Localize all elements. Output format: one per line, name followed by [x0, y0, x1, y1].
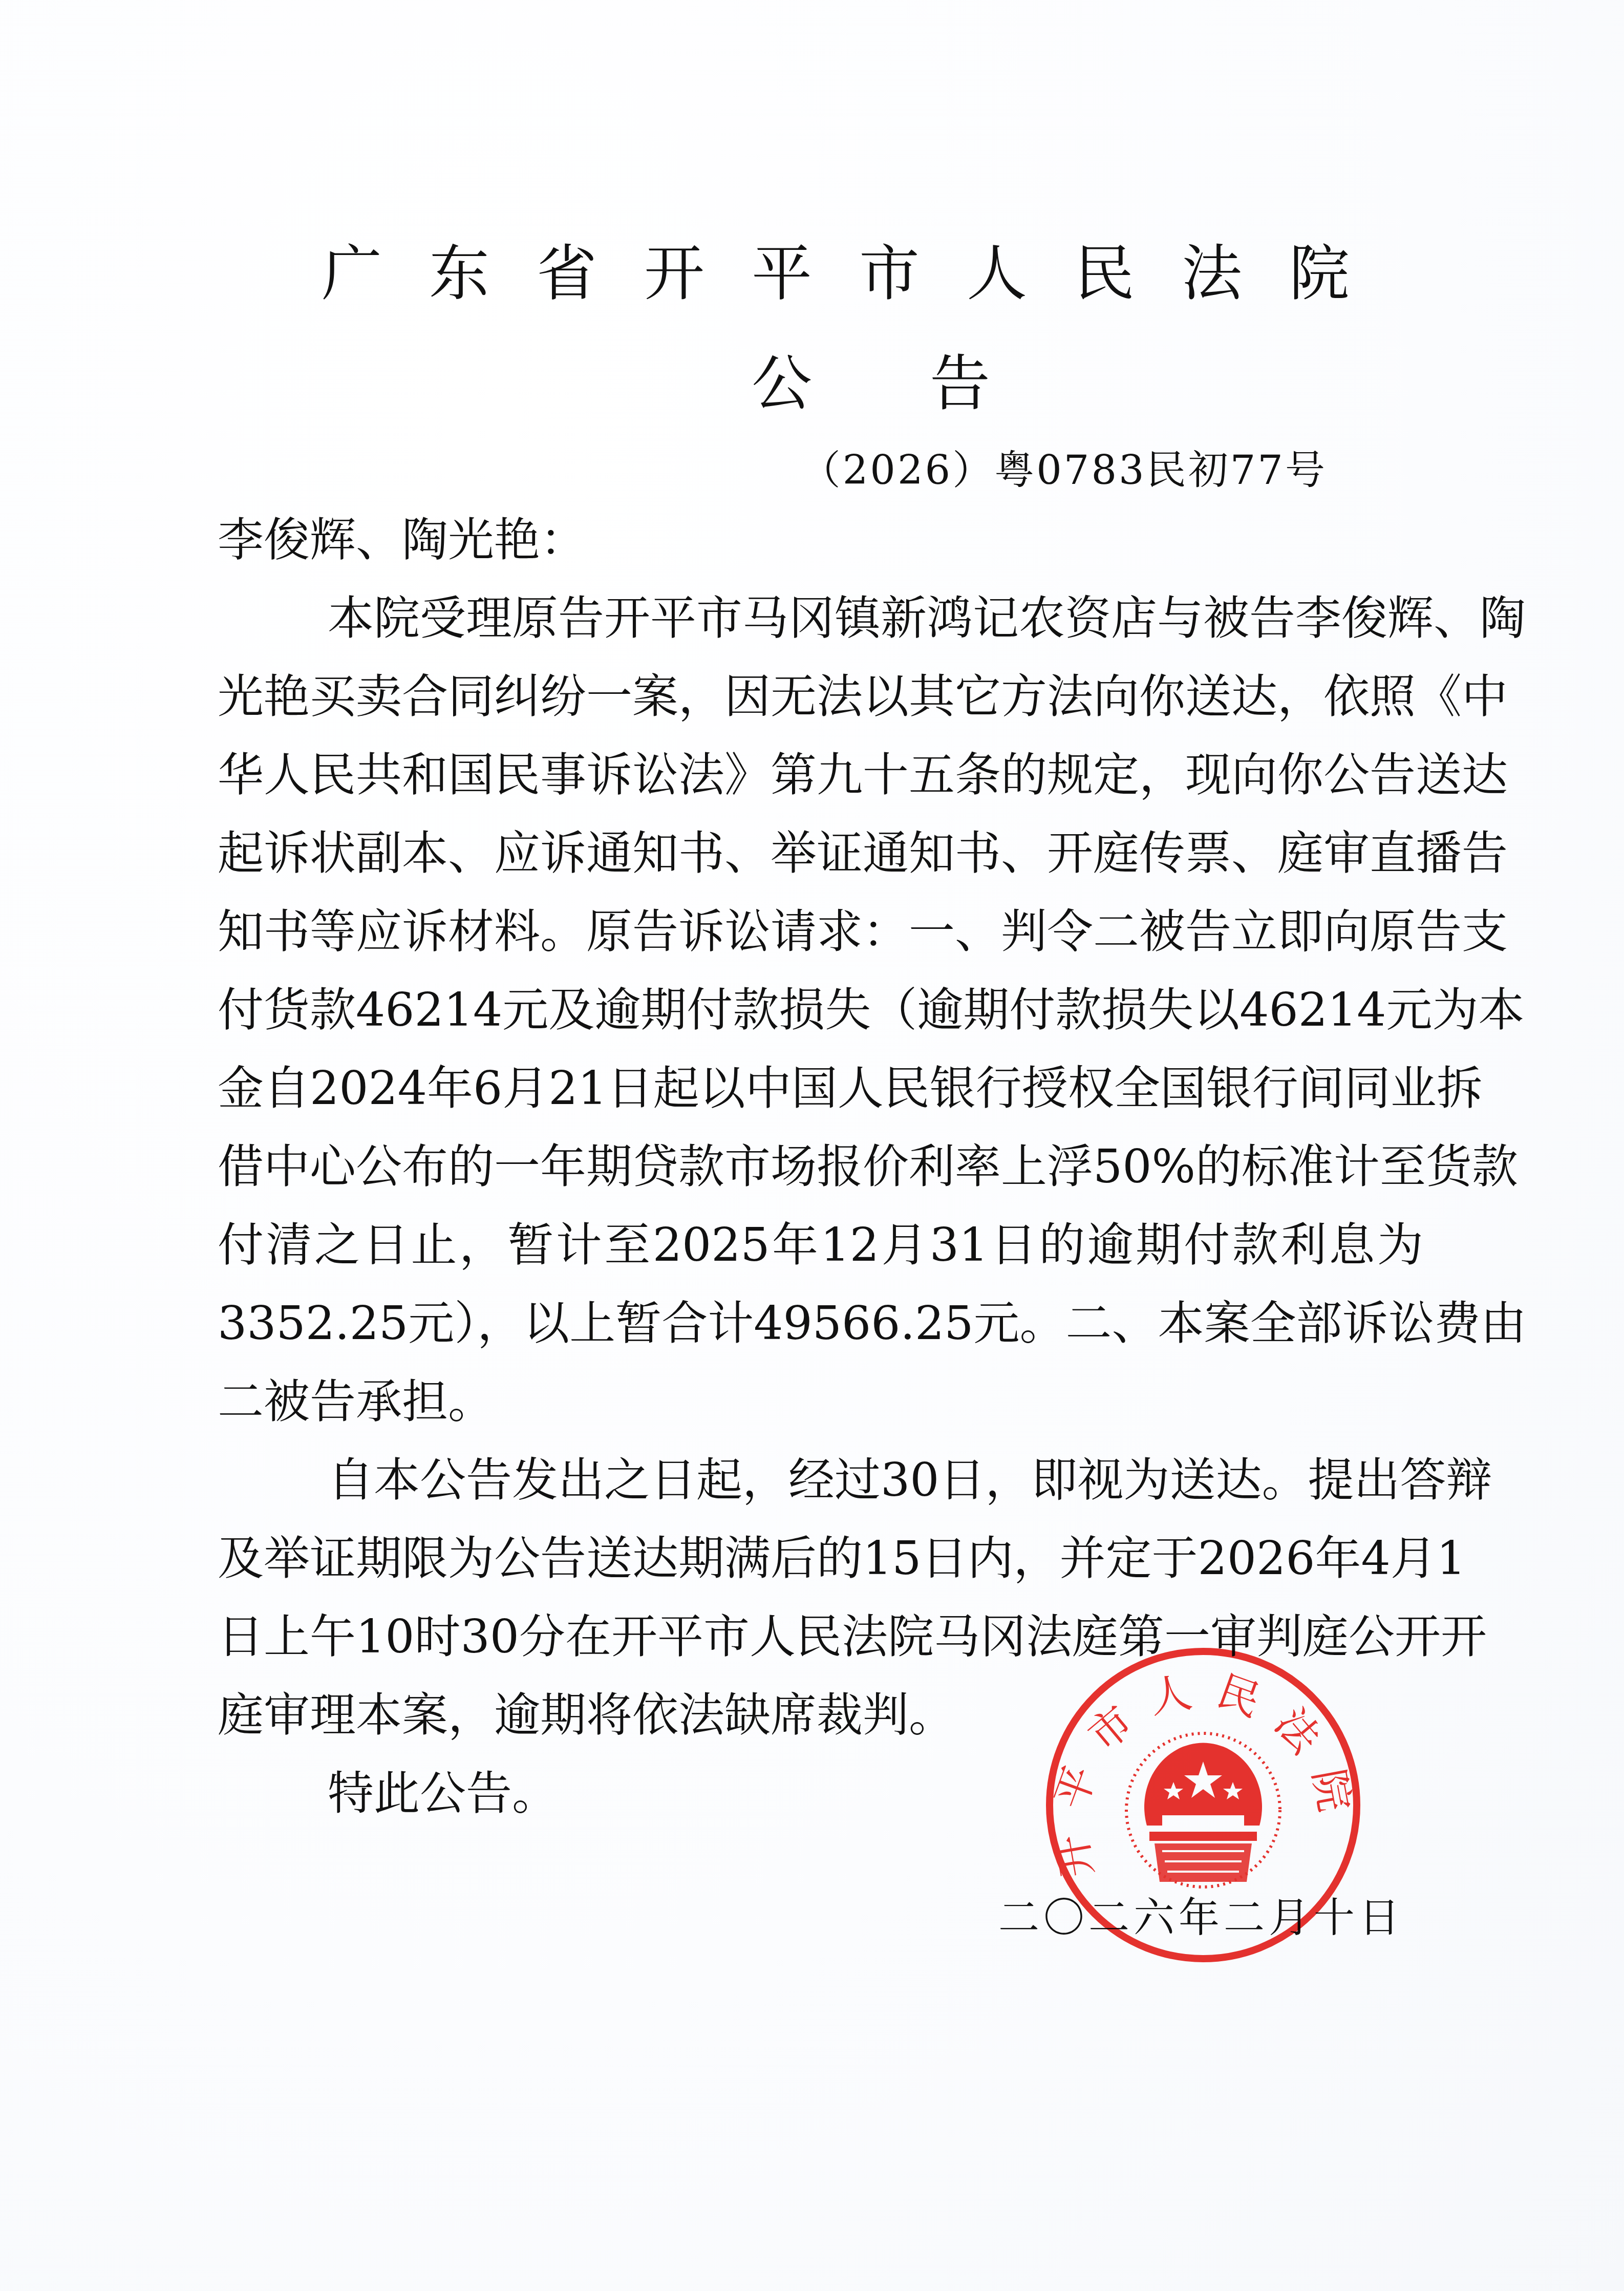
document-page: 广东省开平市人民法院 公告 （2026）粤0783民初77号 李俊辉、陶光艳： … — [0, 0, 1624, 2291]
document-type-heading: 公告 — [0, 353, 1624, 414]
addressee: 李俊辉、陶光艳： — [218, 517, 1423, 563]
paragraph-1-line: 3352.25元），以上暂合计49566.25元。二、本案全部诉讼费由 — [218, 1301, 1423, 1347]
paragraph-1-line: 付清之日止，暂计至2025年12月31日的逾期付款利息为 — [218, 1222, 1423, 1268]
national-emblem-icon — [1126, 1733, 1280, 1887]
paragraph-1-line: 华人民共和国民事诉讼法》第九十五条的规定，现向你公告送达 — [218, 752, 1423, 798]
paragraph-1-line: 知书等应诉材料。原告诉讼请求：一、判令二被告立即向原告支 — [218, 909, 1423, 955]
court-name-heading: 广东省开平市人民法院 — [0, 243, 1624, 304]
paragraph-1-line: 光艳买卖合同纠纷一案，因无法以其它方法向你送达，依照《中 — [218, 674, 1423, 720]
paragraph-1-line: 本院受理原告开平市马冈镇新鸿记农资店与被告李俊辉、陶 — [328, 596, 1423, 642]
paragraph-1-line: 借中心公布的一年期贷款市场报价利率上浮50%的标准计至货款 — [218, 1144, 1423, 1190]
paragraph-1-line: 金自2024年6月21日起以中国人民银行授权全国银行间同业拆 — [218, 1066, 1423, 1112]
case-number: （2026）粤0783民初77号 — [801, 451, 1327, 491]
paragraph-2-line: 自本公告发出之日起，经过30日，即视为送达。提出答辩 — [328, 1457, 1423, 1503]
paragraph-1-line: 付货款46214元及逾期付款损失（逾期付款损失以46214元为本 — [218, 987, 1423, 1033]
paragraph-1-line: 二被告承担。 — [218, 1379, 1423, 1425]
court-seal-stamp: 开平市人民法院 — [1039, 1641, 1367, 1969]
paragraph-2-line: 及举证期限为公告送达期满后的15日内，并定于2026年4月1 — [218, 1536, 1423, 1582]
paragraph-1-line: 起诉状副本、应诉通知书、举证通知书、开庭传票、庭审直播告 — [218, 831, 1423, 877]
